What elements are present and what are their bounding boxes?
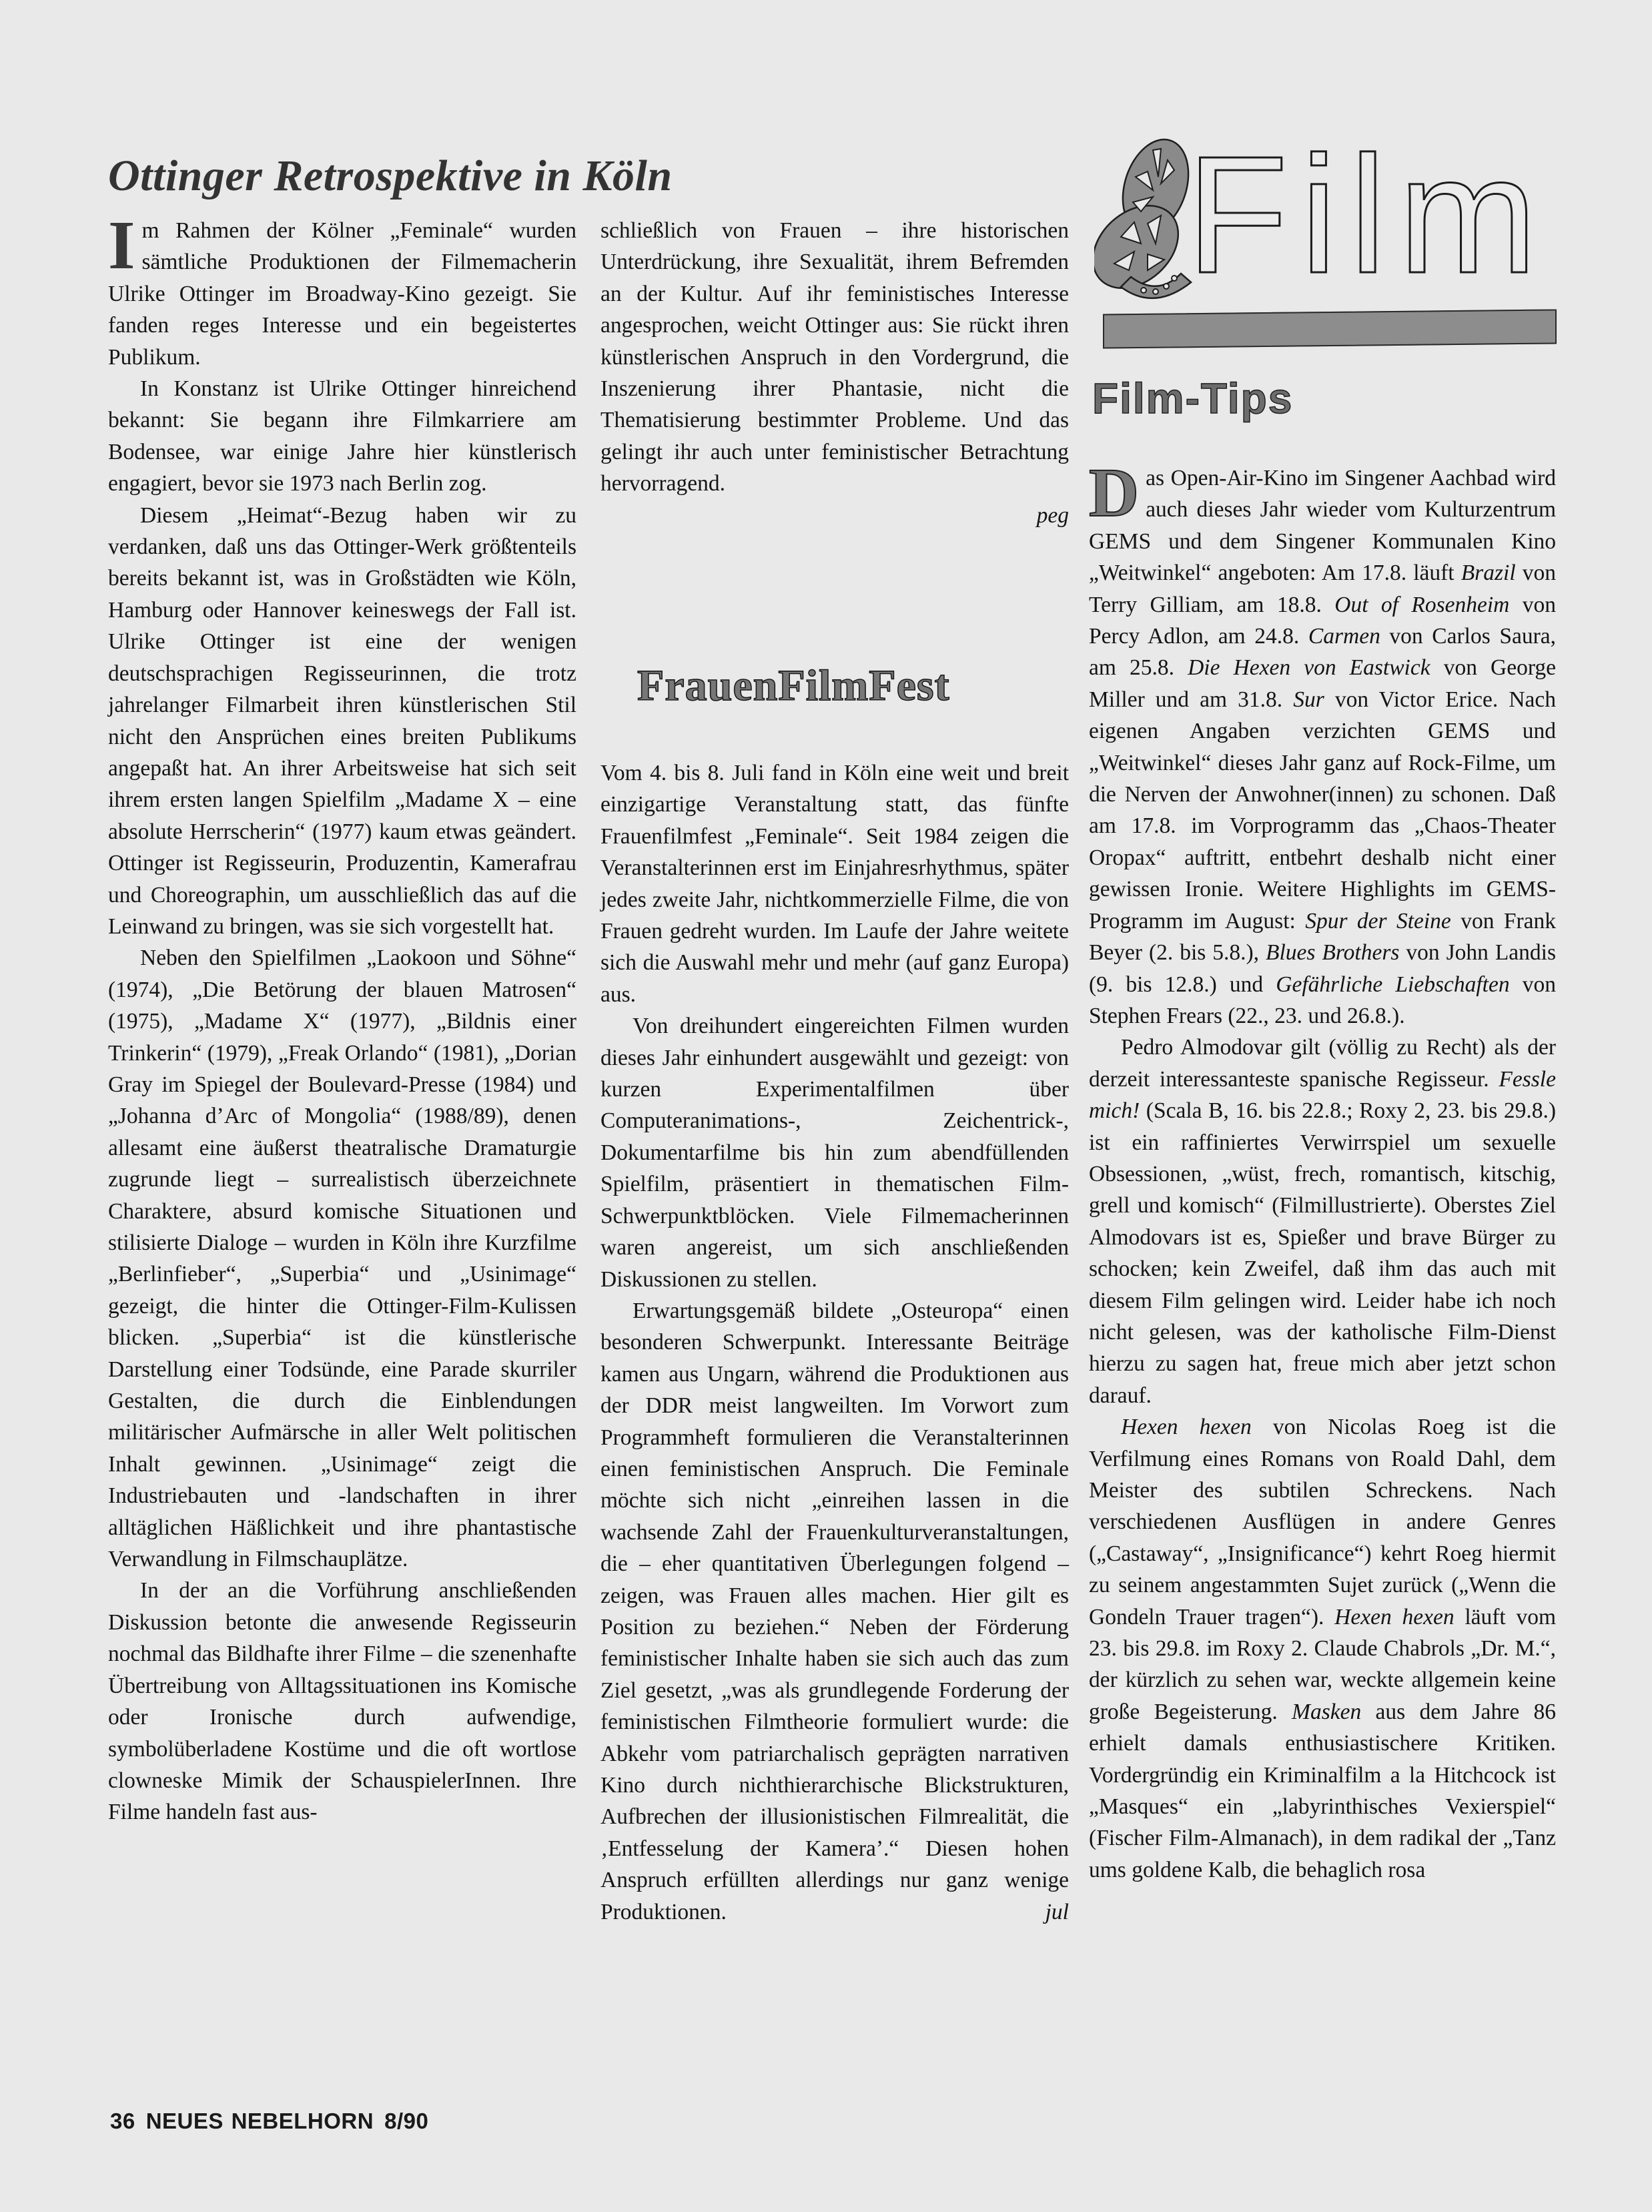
- author-signature: jul: [1013, 1896, 1069, 1928]
- article-paragraph: Pedro Almodovar gilt (völlig zu Recht) a…: [1089, 1032, 1556, 1411]
- article-paragraph: Das Open-Air-Kino im Singener Aachbad wi…: [1089, 462, 1556, 1032]
- drop-cap: I: [108, 218, 135, 274]
- article-paragraph: In Konstanz ist Ulrike Ottinger hinreich…: [108, 373, 576, 500]
- article-paragraph: Hexen hexen von Nicolas Roeg ist die Ver…: [1089, 1411, 1556, 1886]
- film-title: Blues Brothers: [1266, 940, 1399, 965]
- section-divider-bar: [1103, 309, 1557, 348]
- article-title-frauenfilmfest: FrauenFilmFest: [637, 661, 950, 711]
- article-paragraph: Von dreihundert eingereichten Filmen wur…: [600, 1010, 1069, 1295]
- section-title-film-tips: Film-Tips: [1092, 374, 1293, 423]
- film-title: Carmen: [1308, 624, 1380, 649]
- article-paragraph: Im Rahmen der Kölner „Feminale“ wurden s…: [108, 215, 576, 373]
- page-footer: 36NEUES NEBELHORN8/90: [110, 2109, 428, 2134]
- column-3-film-tips: Das Open-Air-Kino im Singener Aachbad wi…: [1089, 462, 1556, 1886]
- article-paragraph: Vom 4. bis 8. Juli fand in Köln eine wei…: [600, 757, 1069, 1010]
- page-number: 36: [110, 2109, 135, 2133]
- article-paragraph: Diesem „Heimat“-Bezug haben wir zu verda…: [108, 500, 576, 943]
- drop-cap: D: [1089, 465, 1139, 521]
- film-title: Sur: [1293, 687, 1324, 712]
- film-title: Out of Rosenheim: [1334, 593, 1509, 617]
- film-title: Hexen hexen: [1334, 1605, 1454, 1629]
- column-2-continuation: schließlich von Frauen – ihre historisch…: [600, 215, 1069, 531]
- issue-number: 8/90: [384, 2109, 428, 2133]
- film-title: Hexen hexen: [1121, 1415, 1252, 1439]
- film-section-logo: Film: [1094, 137, 1561, 324]
- film-title: Brazil: [1461, 561, 1516, 585]
- author-signature: peg: [1037, 500, 1069, 531]
- magazine-page: Ottinger Retrospektive in Köln Im Rahmen…: [0, 0, 1652, 2212]
- film-title: Masken: [1292, 1700, 1361, 1724]
- film-title: Spur der Steine: [1305, 909, 1451, 934]
- column-1: Im Rahmen der Kölner „Feminale“ wurden s…: [108, 215, 576, 1828]
- magazine-name: NEUES NEBELHORN: [146, 2109, 374, 2133]
- article-paragraph: Erwartungsgemäß bildete „Osteuropa“ eine…: [600, 1295, 1069, 1928]
- film-logo-word: Film: [1186, 131, 1549, 298]
- article-paragraph-continued: schließlich von Frauen – ihre historisch…: [600, 215, 1069, 500]
- film-reel-icon: [1094, 137, 1194, 317]
- film-title: Gefährliche Liebschaften: [1276, 972, 1509, 997]
- article-paragraph: In der an die Vorführung anschließenden …: [108, 1575, 576, 1828]
- article-title-ottinger: Ottinger Retrospektive in Köln: [108, 151, 673, 202]
- article-paragraph: Neben den Spielfilmen „Laokoon und Söhne…: [108, 942, 576, 1575]
- film-title: Die Hexen von Eastwick: [1188, 655, 1430, 680]
- column-2-frauenfilmfest: Vom 4. bis 8. Juli fand in Köln eine wei…: [600, 757, 1069, 1928]
